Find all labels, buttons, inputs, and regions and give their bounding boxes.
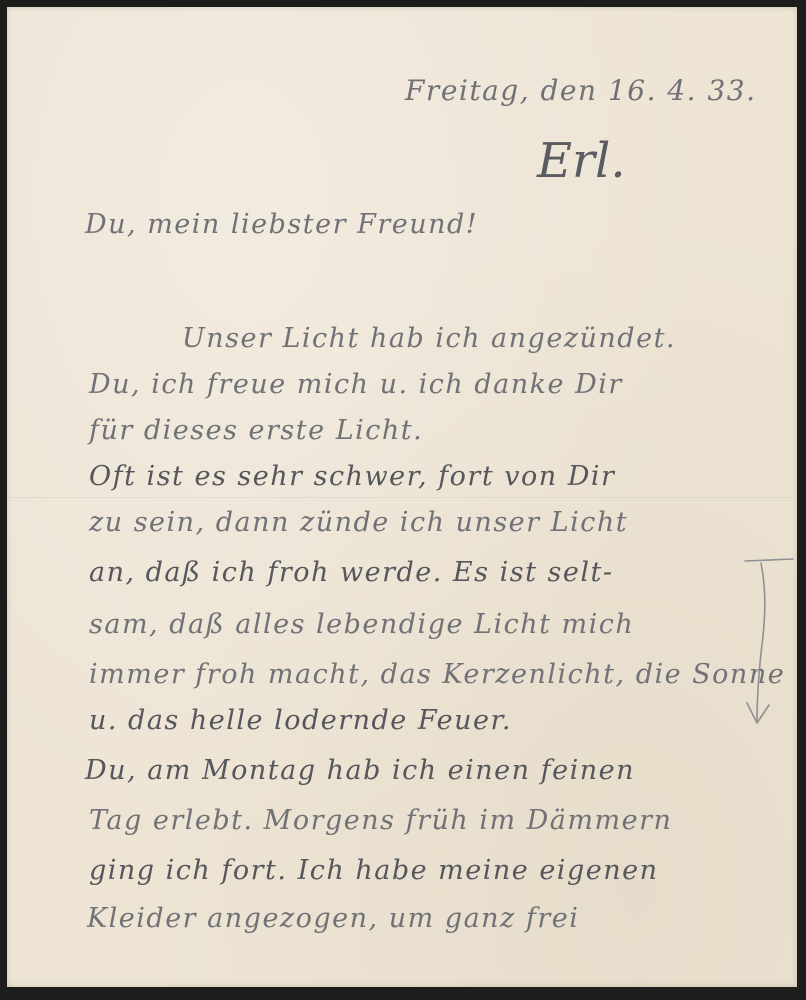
monogram: Erl.: [537, 137, 626, 185]
place-date: Freitag, den 16. 4. 33.: [405, 77, 757, 105]
letter-line-2: Du, ich freue mich u. ich danke Dir: [89, 371, 623, 398]
letter-line-11: Tag erlebt. Morgens früh im Dämmern: [89, 807, 672, 834]
salutation: Du, mein liebster Freund!: [85, 211, 478, 238]
letter-line-6: an, daß ich froh werde. Es ist selt-: [89, 559, 613, 586]
letter-line-8: immer froh macht, das Kerzenlicht, die S…: [89, 661, 785, 688]
letter-line-10: Du, am Montag hab ich einen feinen: [85, 757, 635, 784]
letter-line-13: Kleider angezogen, um ganz frei: [87, 905, 579, 932]
letter-line-7: sam, daß alles lebendige Licht mich: [89, 611, 634, 638]
margin-bracket-arrow-icon: [743, 553, 795, 728]
letter-line-12: ging ich fort. Ich habe meine eigenen: [89, 857, 658, 884]
fold-crease: [7, 497, 797, 499]
letter-line-5: zu sein, dann zünde ich unser Licht: [89, 509, 628, 536]
letter-line-3: für dieses erste Licht.: [89, 417, 423, 444]
letter-line-1: Unser Licht hab ich angezündet.: [182, 325, 676, 352]
letter-line-4: Oft ist es sehr schwer, fort von Dir: [89, 463, 615, 490]
letter-line-9: u. das helle lodernde Feuer.: [89, 707, 512, 734]
letter-page: Freitag, den 16. 4. 33. Erl. Du, mein li…: [7, 7, 797, 987]
